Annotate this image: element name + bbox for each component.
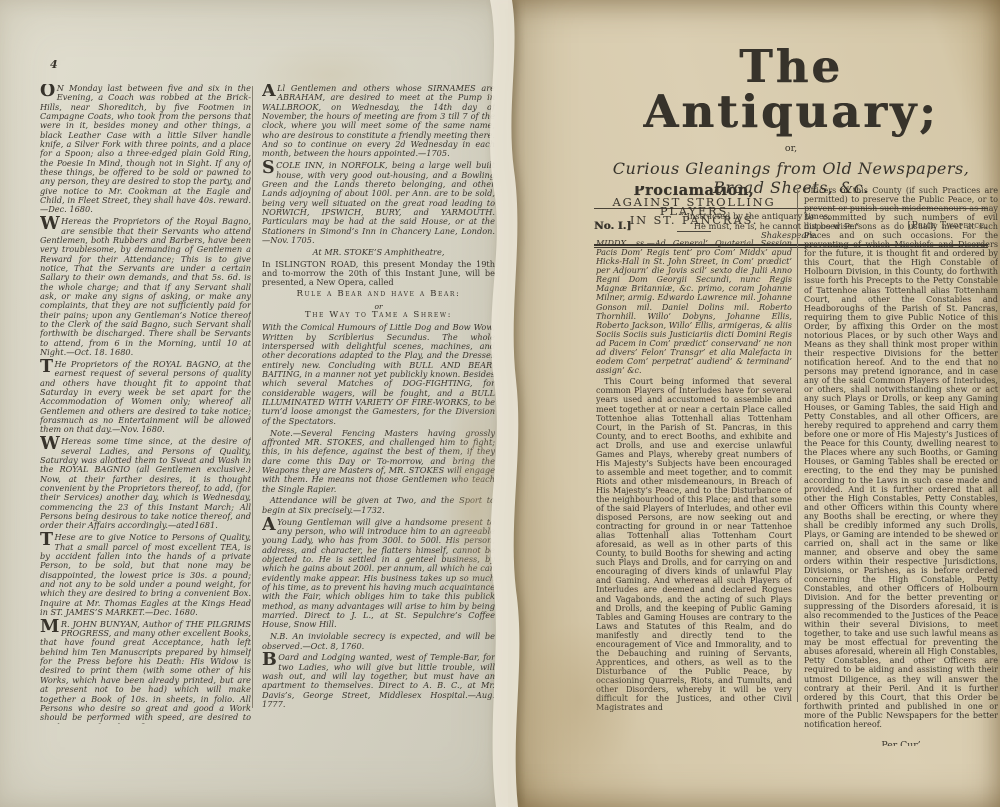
advert-paragraph: ALl Gentlemen and others whose SIRNAMES …: [262, 84, 495, 159]
advert-paragraph: THese are to give Notice to Persons of Q…: [40, 533, 251, 617]
article-column-divider: [797, 190, 798, 702]
publication-title: The Antiquary;: [594, 44, 988, 134]
advert-paragraph: The Way to Tame a Shrew:: [262, 311, 495, 320]
drop-cap: O: [40, 84, 57, 99]
masthead-or: or,: [594, 143, 988, 154]
drop-cap: S: [262, 161, 276, 176]
advert-paragraph: A Young Gentleman will give a handsome p…: [262, 518, 495, 630]
article-column-1: Proclamation,AGAINST STROLLING PLAYERSIN…: [596, 186, 792, 721]
drop-cap: M: [40, 620, 61, 635]
advert-paragraph: At MR. STOKE’S Amphitheatre,: [262, 248, 495, 257]
advert-paragraph: THe Proprietors of the ROYAL BAGNO, at t…: [40, 360, 251, 435]
left-page: 4 ON Monday last between five and six in…: [0, 0, 508, 807]
article-column-2-text: Officers of this County (if such Practic…: [804, 186, 998, 729]
book-spread: 4 ON Monday last between five and six in…: [0, 0, 1000, 807]
per-cur-line: Per Cur’: [804, 741, 998, 746]
drop-cap: A: [262, 84, 277, 99]
advert-paragraph: WHereas the Proprietors of the Royal Bag…: [40, 217, 251, 357]
right-page: The Antiquary; or, Curious Gleanings fro…: [508, 0, 1000, 807]
left-column-1: ON Monday last between five and six in t…: [40, 84, 251, 724]
drop-cap: T: [40, 360, 55, 375]
advert-paragraph: N.B. An inviolable secrecy is expected, …: [262, 632, 495, 651]
drop-cap: A: [262, 518, 277, 533]
left-column-2: ALl Gentlemen and others whose SIRNAMES …: [262, 84, 495, 744]
advert-paragraph: ON Monday last between five and six in t…: [40, 84, 251, 215]
article-column-2: Officers of this County (if such Practic…: [804, 186, 998, 746]
page-number: 4: [50, 58, 58, 71]
article-paragraph: MIDDX. ss.—Ad General’ Quaterial Session…: [596, 239, 792, 375]
advert-paragraph: Note.—Several Fencing Masters having gro…: [262, 429, 495, 494]
page-deckle-edge: [480, 0, 542, 807]
article-paragraph: This Court being informed that several c…: [596, 377, 792, 712]
article-heading-blackletter: Proclamation,: [596, 186, 792, 195]
advert-paragraph: BOard and Lodging wanted, west of Temple…: [262, 653, 495, 709]
advert-paragraph: WHereas some time since, at the desire o…: [40, 437, 251, 530]
left-column-divider: [252, 86, 253, 708]
advert-paragraph: Attendance will be given at Two, and the…: [262, 496, 495, 515]
drop-cap: W: [40, 437, 61, 452]
advert-paragraph: MR. JOHN BUNYAN, Author of THE PILGRIMS …: [40, 620, 251, 724]
drop-cap: T: [40, 533, 55, 548]
article-heading-caps: IN ST. PANCRAS.: [596, 216, 792, 225]
article-paragraph: Officers of this County (if such Practic…: [804, 186, 998, 729]
drop-cap: W: [40, 217, 61, 232]
advert-paragraph: In ISLINGTON ROAD, this present Monday t…: [262, 260, 495, 288]
drop-cap: B: [262, 653, 278, 668]
section-rule: [677, 231, 711, 232]
advert-paragraph: With the Comical Humours of Little Dog a…: [262, 323, 495, 426]
advert-paragraph: SCOLE INN, in NORFOLK, being a large wel…: [262, 161, 495, 245]
advert-paragraph: Rule a Bear and have a Bear:: [262, 290, 495, 299]
